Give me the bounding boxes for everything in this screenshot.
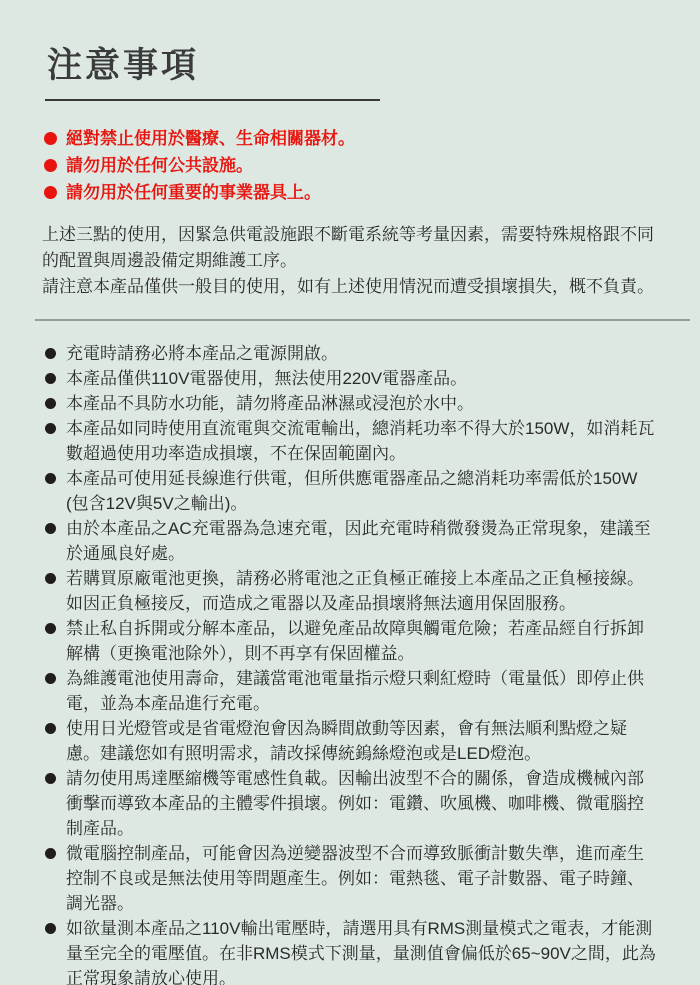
note-text: 本產品如同時使用直流電與交流電輸出，總消耗功率不得大於150W，如消耗瓦數超過使… bbox=[66, 416, 660, 466]
bullet-icon bbox=[45, 398, 56, 409]
intro-line-1: 上述三點的使用，因緊急供電設施跟不斷電系統等考量因素，需要特殊規格跟不同的配置與… bbox=[42, 222, 660, 274]
notes-list: 充電時請務必將本產品之電源開啟。 本產品僅供110V電器使用，無法使用220V電… bbox=[42, 341, 660, 985]
note-item: 使用日光燈管或是省電燈泡會因為瞬間啟動等因素，會有無法順利點燈之疑慮。建議您如有… bbox=[42, 716, 660, 766]
note-text: 為維護電池使用壽命，建議當電池電量指示燈只剩紅燈時（電量低）即停止供電，並為本產… bbox=[66, 666, 660, 716]
bullet-icon bbox=[45, 473, 56, 484]
note-text: 微電腦控制產品，可能會因為逆變器波型不合而導致脈衝計數失準，進而產生控制不良或是… bbox=[66, 841, 660, 916]
critical-warning-text: 請勿用於任何公共設施。 bbox=[66, 152, 660, 179]
title-underline bbox=[45, 99, 380, 101]
note-item: 禁止私自拆開或分解本產品，以避免產品故障與觸電危險；若產品經自行拆卸解構（更換電… bbox=[42, 616, 660, 666]
bullet-icon bbox=[45, 373, 56, 384]
red-bullet-icon bbox=[44, 132, 57, 145]
note-text: 請勿使用馬達壓縮機等電感性負載。因輸出波型不合的關係，會造成機械內部衝擊而導致本… bbox=[66, 766, 660, 841]
bullet-icon bbox=[45, 673, 56, 684]
note-item: 本產品可使用延長線進行供電，但所供應電器產品之總消耗功率需低於150W (包含1… bbox=[42, 466, 660, 516]
section-divider bbox=[35, 319, 690, 321]
note-item: 如欲量測本產品之110V輸出電壓時，請選用具有RMS測量模式之電表，才能測量至完… bbox=[42, 916, 660, 985]
note-text: 由於本產品之AC充電器為急速充電，因此充電時稍微發燙為正常現象，建議至於通風良好… bbox=[66, 516, 660, 566]
note-text: 本產品不具防水功能，請勿將產品淋濕或浸泡於水中。 bbox=[66, 391, 660, 416]
note-text: 使用日光燈管或是省電燈泡會因為瞬間啟動等因素，會有無法順利點燈之疑慮。建議您如有… bbox=[66, 716, 660, 766]
note-item: 本產品僅供110V電器使用，無法使用220V電器產品。 bbox=[42, 366, 660, 391]
bullet-icon bbox=[45, 773, 56, 784]
bullet-icon bbox=[45, 523, 56, 534]
precautions-page: 注意事項 絕對禁止使用於醫療、生命相關器材。 請勿用於任何公共設施。 請勿用於任… bbox=[0, 0, 700, 985]
critical-warning-text: 絕對禁止使用於醫療、生命相關器材。 bbox=[66, 125, 660, 152]
note-item: 由於本產品之AC充電器為急速充電，因此充電時稍微發燙為正常現象，建議至於通風良好… bbox=[42, 516, 660, 566]
note-item: 充電時請務必將本產品之電源開啟。 bbox=[42, 341, 660, 366]
critical-warnings-list: 絕對禁止使用於醫療、生命相關器材。 請勿用於任何公共設施。 請勿用於任何重要的事… bbox=[42, 125, 660, 206]
note-text: 本產品僅供110V電器使用，無法使用220V電器產品。 bbox=[66, 366, 660, 391]
note-item: 本產品不具防水功能，請勿將產品淋濕或浸泡於水中。 bbox=[42, 391, 660, 416]
intro-line-2: 請注意本產品僅供一般目的使用，如有上述使用情況而遭受損壞損失，概不負責。 bbox=[42, 274, 660, 300]
bullet-icon bbox=[45, 423, 56, 434]
note-text: 本產品可使用延長線進行供電，但所供應電器產品之總消耗功率需低於150W (包含1… bbox=[66, 466, 660, 516]
critical-warning-text: 請勿用於任何重要的事業器具上。 bbox=[66, 179, 660, 206]
red-bullet-icon bbox=[44, 159, 57, 172]
note-item: 請勿使用馬達壓縮機等電感性負載。因輸出波型不合的關係，會造成機械內部衝擊而導致本… bbox=[42, 766, 660, 841]
critical-warning-item: 請勿用於任何重要的事業器具上。 bbox=[42, 179, 660, 206]
bullet-icon bbox=[45, 723, 56, 734]
red-bullet-icon bbox=[44, 186, 57, 199]
page-title: 注意事項 bbox=[47, 44, 660, 88]
note-text: 禁止私自拆開或分解本產品，以避免產品故障與觸電危險；若產品經自行拆卸解構（更換電… bbox=[66, 616, 660, 666]
note-text: 若購買原廠電池更換，請務必將電池之正負極正確接上本產品之正負極接線。如因正負極接… bbox=[66, 566, 660, 616]
bullet-icon bbox=[45, 573, 56, 584]
note-item: 本產品如同時使用直流電與交流電輸出，總消耗功率不得大於150W，如消耗瓦數超過使… bbox=[42, 416, 660, 466]
bullet-icon bbox=[45, 623, 56, 634]
note-item: 為維護電池使用壽命，建議當電池電量指示燈只剩紅燈時（電量低）即停止供電，並為本產… bbox=[42, 666, 660, 716]
note-item: 若購買原廠電池更換，請務必將電池之正負極正確接上本產品之正負極接線。如因正負極接… bbox=[42, 566, 660, 616]
note-item: 微電腦控制產品，可能會因為逆變器波型不合而導致脈衝計數失準，進而產生控制不良或是… bbox=[42, 841, 660, 916]
bullet-icon bbox=[45, 348, 56, 359]
critical-warning-item: 請勿用於任何公共設施。 bbox=[42, 152, 660, 179]
note-text: 充電時請務必將本產品之電源開啟。 bbox=[66, 341, 660, 366]
note-text: 如欲量測本產品之110V輸出電壓時，請選用具有RMS測量模式之電表，才能測量至完… bbox=[66, 916, 660, 985]
bullet-icon bbox=[45, 923, 56, 934]
critical-warning-item: 絕對禁止使用於醫療、生命相關器材。 bbox=[42, 125, 660, 152]
bullet-icon bbox=[45, 848, 56, 859]
intro-paragraph: 上述三點的使用，因緊急供電設施跟不斷電系統等考量因素，需要特殊規格跟不同的配置與… bbox=[42, 222, 660, 300]
